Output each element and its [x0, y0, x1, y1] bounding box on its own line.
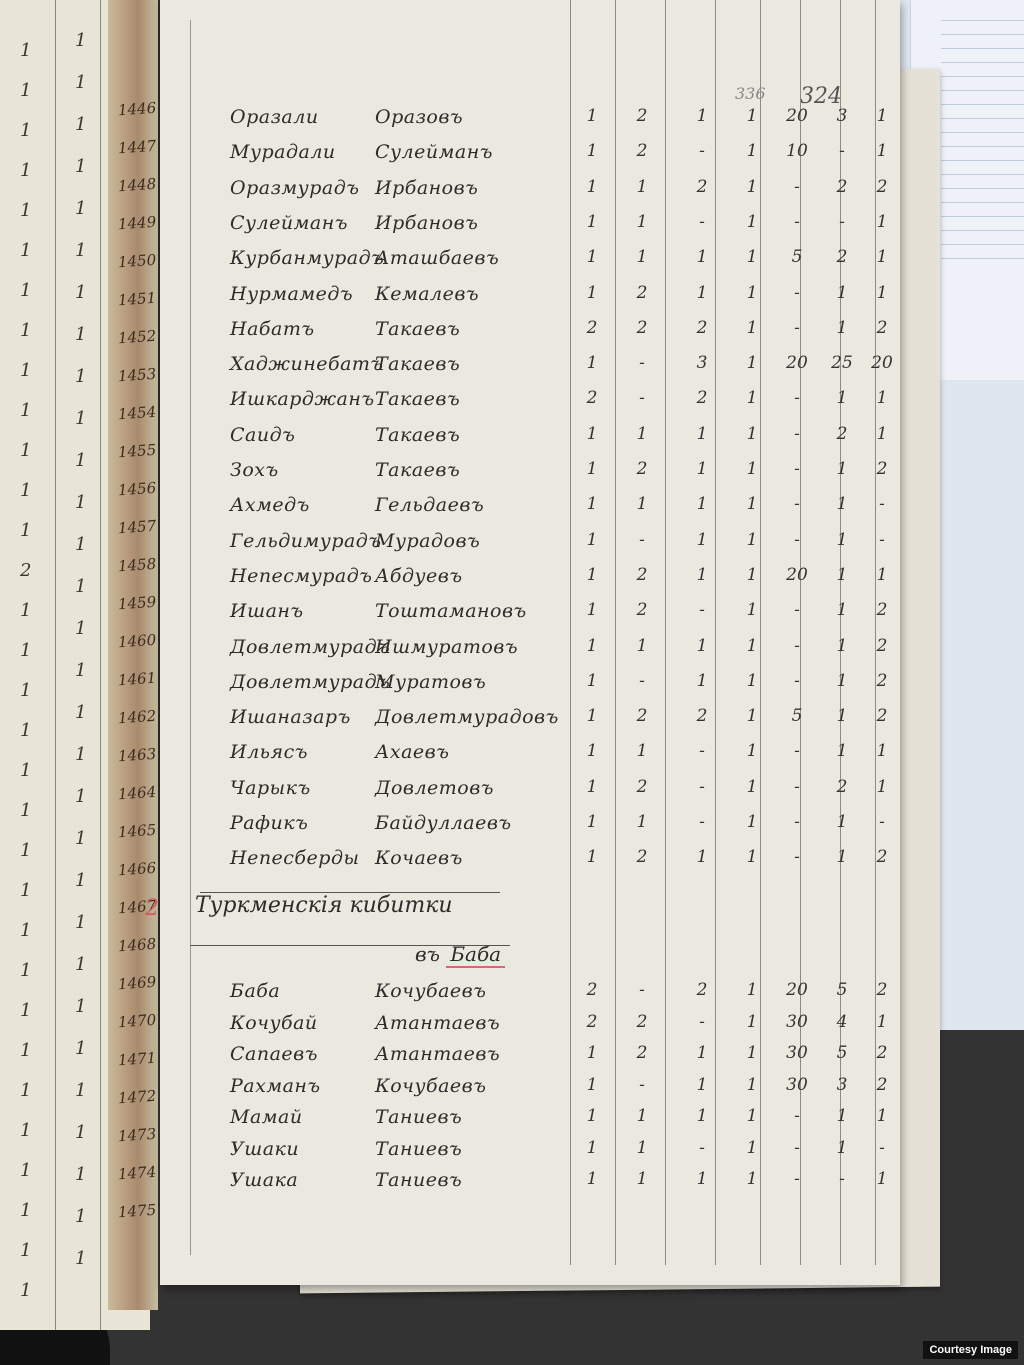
form-line — [941, 20, 1024, 21]
count-cell: - — [862, 812, 902, 832]
count-cell: 1 — [572, 177, 612, 197]
count-cell: 1 — [682, 1043, 722, 1063]
left-page-mark: 1 — [20, 1240, 31, 1261]
given-name: Ушака — [230, 1169, 298, 1191]
surname: Ирбановъ — [375, 212, 478, 234]
register-entry: АхмедъГельдаевъ1111-1- — [160, 494, 900, 527]
left-page-mark: 1 — [20, 520, 31, 541]
count-cell: 2 — [862, 847, 902, 867]
count-cell: - — [682, 600, 722, 620]
count-cell: 2 — [862, 980, 902, 1000]
count-cell: 1 — [682, 424, 722, 444]
count-cell: 20 — [777, 353, 817, 373]
count-cell: 1 — [822, 565, 862, 585]
form-line — [941, 174, 1024, 175]
surname: Кочаевъ — [375, 847, 463, 869]
count-cell: 1 — [572, 1138, 612, 1158]
count-cell: 1 — [862, 565, 902, 585]
given-name: Довлетмурадъ — [230, 636, 390, 658]
form-line — [941, 202, 1024, 203]
register-entry: ИшанъТоштамановъ12-1-12 — [160, 600, 900, 633]
register-entry: ИшаназаръДовлетмурадовъ1221512 — [160, 706, 900, 739]
count-cell: 1 — [822, 671, 862, 691]
left-page-mark: 1 — [75, 996, 86, 1017]
count-cell: 2 — [862, 636, 902, 656]
count-cell: 1 — [822, 812, 862, 832]
given-name: Курбанмурадъ — [230, 247, 384, 269]
count-cell: 1 — [732, 141, 772, 161]
count-cell: - — [822, 1169, 862, 1189]
count-cell: 30 — [777, 1043, 817, 1063]
surname: Сулейманъ — [375, 141, 493, 163]
count-cell: - — [777, 636, 817, 656]
count-cell: 1 — [822, 494, 862, 514]
count-cell: 1 — [732, 1138, 772, 1158]
form-line — [941, 48, 1024, 49]
count-cell: - — [777, 741, 817, 761]
count-cell: 1 — [862, 212, 902, 232]
count-cell: - — [682, 141, 722, 161]
count-cell: 1 — [682, 847, 722, 867]
binding-row-number: 1472 — [117, 1087, 156, 1108]
book-binding: 1446144714481449145014511452145314541455… — [108, 0, 158, 1310]
binding-row-number: 1455 — [117, 441, 156, 462]
count-cell: 1 — [732, 777, 772, 797]
surname: Атантаевъ — [375, 1012, 500, 1034]
count-cell: 2 — [682, 177, 722, 197]
count-cell: 2 — [622, 318, 662, 338]
count-cell: - — [862, 494, 902, 514]
surname: Такаевъ — [375, 353, 460, 375]
count-cell: 2 — [622, 1043, 662, 1063]
surname: Тоштамановъ — [375, 600, 527, 622]
register-page: 336 324 2 Туркменскія кибитки въ Баба Ор… — [160, 0, 900, 1285]
binding-row-number: 1463 — [117, 745, 156, 766]
count-cell: - — [777, 494, 817, 514]
left-page-mark: 1 — [75, 660, 86, 681]
count-cell: 1 — [572, 106, 612, 126]
count-cell: - — [777, 1169, 817, 1189]
left-page-mark: 1 — [75, 408, 86, 429]
count-cell: 2 — [572, 388, 612, 408]
count-cell: 2 — [862, 706, 902, 726]
count-cell: - — [777, 459, 817, 479]
count-cell: 1 — [572, 636, 612, 656]
surname: Такаевъ — [375, 459, 460, 481]
count-cell: 1 — [622, 1169, 662, 1189]
count-cell: 2 — [682, 980, 722, 1000]
left-page-mark: 1 — [75, 114, 86, 135]
count-cell: 1 — [572, 1169, 612, 1189]
register-entry: НепесмурадъАбдуевъ12112011 — [160, 565, 900, 598]
surname: Аташбаевъ — [375, 247, 499, 269]
binding-row-number: 1473 — [117, 1125, 156, 1146]
given-name: Ильясъ — [230, 741, 308, 763]
form-line — [941, 244, 1024, 245]
left-page-mark: 1 — [75, 702, 86, 723]
given-name: Саидъ — [230, 424, 295, 446]
binding-row-number: 1448 — [117, 175, 156, 196]
count-cell: 2 — [822, 777, 862, 797]
count-cell: 1 — [732, 565, 772, 585]
count-cell: 1 — [572, 459, 612, 479]
surname: Кочубаевъ — [375, 980, 486, 1002]
count-cell: 5 — [777, 247, 817, 267]
count-cell: 2 — [682, 706, 722, 726]
binding-row-number: 1449 — [117, 213, 156, 234]
count-cell: 2 — [862, 1043, 902, 1063]
count-cell: 2 — [622, 600, 662, 620]
surname: Такаевъ — [375, 318, 460, 340]
surname: Ахаевъ — [375, 741, 449, 763]
binding-row-number: 1456 — [117, 479, 156, 500]
left-page-mark: 1 — [75, 30, 86, 51]
left-page-mark: 1 — [75, 198, 86, 219]
count-cell: 1 — [572, 141, 612, 161]
count-cell: 1 — [732, 1169, 772, 1189]
count-cell: 1 — [822, 388, 862, 408]
count-cell: - — [777, 424, 817, 444]
surname: Ишмуратовъ — [375, 636, 518, 658]
count-cell: - — [777, 530, 817, 550]
count-cell: - — [777, 318, 817, 338]
left-page-mark: 1 — [75, 744, 86, 765]
count-cell: 2 — [862, 177, 902, 197]
surname: Оразовъ — [375, 106, 463, 128]
given-name: Чарыкъ — [230, 777, 311, 799]
count-cell: 1 — [732, 600, 772, 620]
count-cell: 1 — [732, 424, 772, 444]
section-subheading: въ Баба — [415, 942, 505, 966]
count-cell: 1 — [862, 1169, 902, 1189]
binding-row-number: 1462 — [117, 707, 156, 728]
count-cell: - — [862, 1138, 902, 1158]
count-cell: - — [777, 177, 817, 197]
left-page-mark: 1 — [20, 280, 31, 301]
count-cell: 1 — [682, 565, 722, 585]
count-cell: 1 — [732, 494, 772, 514]
count-cell: 1 — [732, 353, 772, 373]
count-cell: 20 — [862, 353, 902, 373]
count-cell: 1 — [682, 1075, 722, 1095]
count-cell: 2 — [622, 141, 662, 161]
count-cell: - — [682, 1012, 722, 1032]
left-page-mark: 1 — [75, 450, 86, 471]
form-line — [941, 258, 1024, 259]
register-entry: СапаевъАтантаевъ12113052 — [160, 1043, 900, 1076]
binding-row-number: 1451 — [117, 289, 156, 310]
count-cell: 1 — [572, 706, 612, 726]
surname: Атантаевъ — [375, 1043, 500, 1065]
binding-row-number: 1446 — [117, 99, 156, 120]
count-cell: 1 — [622, 424, 662, 444]
binding-row-number: 1471 — [117, 1049, 156, 1070]
count-cell: 3 — [822, 106, 862, 126]
form-line — [941, 188, 1024, 189]
register-entry: НепесбердыКочаевъ1211-12 — [160, 847, 900, 880]
register-entry: КочубайАтантаевъ22-13041 — [160, 1012, 900, 1045]
count-cell: 1 — [822, 636, 862, 656]
left-page-mark: 1 — [75, 492, 86, 513]
left-page-mark: 1 — [20, 440, 31, 461]
register-entry: ЗохъТакаевъ1211-12 — [160, 459, 900, 492]
count-cell: 1 — [822, 283, 862, 303]
count-cell: 1 — [572, 565, 612, 585]
count-cell: 1 — [622, 494, 662, 514]
binding-row-number: 1475 — [117, 1201, 156, 1222]
binding-row-number: 1469 — [117, 973, 156, 994]
left-page-mark: 1 — [75, 156, 86, 177]
given-name: Зохъ — [230, 459, 279, 481]
count-cell: 1 — [622, 1106, 662, 1126]
count-cell: 1 — [572, 283, 612, 303]
count-cell: 1 — [572, 353, 612, 373]
left-page-mark: 1 — [20, 1080, 31, 1101]
count-cell: 1 — [732, 741, 772, 761]
count-cell: 1 — [572, 1075, 612, 1095]
section-subheading-prefix: въ — [415, 942, 440, 966]
left-page-mark: 1 — [20, 160, 31, 181]
given-name: Ишкарджанъ — [230, 388, 375, 410]
count-cell: 1 — [572, 212, 612, 232]
count-cell: - — [777, 283, 817, 303]
count-cell: - — [777, 777, 817, 797]
count-cell: 2 — [572, 318, 612, 338]
given-name: Рафикъ — [230, 812, 308, 834]
count-cell: 1 — [732, 847, 772, 867]
count-cell: 2 — [822, 247, 862, 267]
count-cell: 1 — [732, 1043, 772, 1063]
register-entry: ОразмурадъИрбановъ1121-22 — [160, 177, 900, 210]
count-cell: 2 — [622, 283, 662, 303]
left-page-mark: 1 — [20, 1000, 31, 1021]
left-page-mark: 2 — [20, 560, 31, 581]
register-entry: РахманъКочубаевъ1-113032 — [160, 1075, 900, 1108]
count-cell: 2 — [622, 706, 662, 726]
binding-row-number: 1458 — [117, 555, 156, 576]
count-cell: 1 — [622, 1138, 662, 1158]
section-heading: Туркменскія кибитки — [195, 893, 453, 918]
count-cell: 1 — [682, 1169, 722, 1189]
count-cell: 1 — [732, 318, 772, 338]
surname: Кочубаевъ — [375, 1075, 486, 1097]
count-cell: 3 — [822, 1075, 862, 1095]
count-cell: 1 — [622, 212, 662, 232]
count-cell: 1 — [822, 847, 862, 867]
left-page-mark: 1 — [20, 960, 31, 981]
left-page-mark: 1 — [75, 534, 86, 555]
count-cell: 1 — [732, 212, 772, 232]
count-cell: 30 — [777, 1012, 817, 1032]
register-entry: ИльясъАхаевъ11-1-11 — [160, 741, 900, 774]
left-page-mark: 1 — [20, 640, 31, 661]
count-cell: 2 — [822, 424, 862, 444]
form-line — [941, 104, 1024, 105]
count-cell: - — [682, 777, 722, 797]
count-cell: 1 — [682, 494, 722, 514]
count-cell: 1 — [822, 600, 862, 620]
left-page-mark: 1 — [20, 920, 31, 941]
left-page-mark: 1 — [75, 1248, 86, 1269]
count-cell: 1 — [732, 1106, 772, 1126]
left-page-mark: 1 — [75, 324, 86, 345]
given-name: Сулейманъ — [230, 212, 348, 234]
left-page-mark: 1 — [20, 120, 31, 141]
count-cell: 2 — [682, 388, 722, 408]
left-page-mark: 1 — [75, 954, 86, 975]
binding-row-number: 1461 — [117, 669, 156, 690]
binding-row-number: 1468 — [117, 935, 156, 956]
count-cell: 4 — [822, 1012, 862, 1032]
register-entry: РафикъБайдуллаевъ11-1-1- — [160, 812, 900, 845]
left-page-mark: 1 — [75, 72, 86, 93]
count-cell: - — [682, 212, 722, 232]
surname: Такаевъ — [375, 388, 460, 410]
count-cell: - — [777, 388, 817, 408]
surname: Довлетовъ — [375, 777, 494, 799]
count-cell: - — [682, 741, 722, 761]
count-cell: 1 — [572, 777, 612, 797]
left-page-mark: 1 — [75, 1164, 86, 1185]
form-line — [941, 34, 1024, 35]
count-cell: 5 — [822, 980, 862, 1000]
count-cell: 1 — [822, 741, 862, 761]
given-name: Довлетмурадъ — [230, 671, 390, 693]
count-cell: 30 — [777, 1075, 817, 1095]
form-line — [941, 132, 1024, 133]
register-entry: СулейманъИрбановъ11-1--1 — [160, 212, 900, 245]
count-cell: - — [822, 212, 862, 232]
left-page-mark: 1 — [20, 360, 31, 381]
left-page-mark: 1 — [75, 1080, 86, 1101]
count-cell: 1 — [732, 671, 772, 691]
count-cell: 2 — [622, 777, 662, 797]
register-entry: УшакиТаниевъ11-1-1- — [160, 1138, 900, 1171]
surname: Абдуевъ — [375, 565, 463, 587]
section-subheading-place: Баба — [446, 942, 505, 968]
given-name: Баба — [230, 980, 280, 1002]
left-page-mark: 1 — [20, 1040, 31, 1061]
count-cell: 1 — [682, 283, 722, 303]
count-cell: 1 — [732, 106, 772, 126]
register-entry: ХаджинебатъТакаевъ1-31202520 — [160, 353, 900, 386]
binding-row-number: 1474 — [117, 1163, 156, 1184]
given-name: Ахмедъ — [230, 494, 310, 516]
count-cell: 1 — [822, 459, 862, 479]
left-page-mark: 1 — [75, 240, 86, 261]
count-cell: 1 — [732, 247, 772, 267]
count-cell: 1 — [822, 318, 862, 338]
count-cell: 5 — [822, 1043, 862, 1063]
count-cell: - — [622, 388, 662, 408]
register-entry: ДовлетмурадъМуратовъ1-11-12 — [160, 671, 900, 704]
binding-row-number: 1454 — [117, 403, 156, 424]
left-page-mark: 1 — [75, 870, 86, 891]
count-cell: 1 — [732, 459, 772, 479]
count-cell: 1 — [572, 530, 612, 550]
count-cell: 1 — [732, 706, 772, 726]
count-cell: 1 — [682, 106, 722, 126]
count-cell: 1 — [732, 177, 772, 197]
count-cell: 1 — [622, 636, 662, 656]
count-cell: 1 — [822, 1106, 862, 1126]
count-cell: - — [777, 847, 817, 867]
left-page-mark: 1 — [20, 240, 31, 261]
left-page-mark: 1 — [20, 80, 31, 101]
surname: Муратовъ — [375, 671, 486, 693]
surname: Таниевъ — [375, 1138, 462, 1160]
surname: Байдуллаевъ — [375, 812, 512, 834]
binding-row-number: 1447 — [117, 137, 156, 158]
register-entry: НабатъТакаевъ2221-12 — [160, 318, 900, 351]
count-cell: 1 — [732, 636, 772, 656]
form-line — [941, 62, 1024, 63]
count-cell: 1 — [732, 812, 772, 832]
count-cell: 1 — [572, 1043, 612, 1063]
register-entry: МамайТаниевъ1111-11 — [160, 1106, 900, 1139]
count-cell: 3 — [682, 353, 722, 373]
count-cell: 1 — [862, 424, 902, 444]
count-cell: - — [622, 530, 662, 550]
left-page-mark: 1 — [75, 618, 86, 639]
count-cell: - — [862, 530, 902, 550]
count-cell: - — [777, 1138, 817, 1158]
count-cell: 1 — [572, 600, 612, 620]
count-cell: 2 — [622, 106, 662, 126]
count-cell: 1 — [682, 1106, 722, 1126]
left-page-mark: 1 — [75, 366, 86, 387]
count-cell: 1 — [822, 706, 862, 726]
surname: Мурадовъ — [375, 530, 480, 552]
left-page-mark: 1 — [75, 828, 86, 849]
count-cell: - — [777, 212, 817, 232]
count-cell: - — [622, 1075, 662, 1095]
count-cell: 1 — [862, 741, 902, 761]
count-cell: 1 — [732, 1075, 772, 1095]
count-cell: 1 — [682, 636, 722, 656]
register-entry: ЧарыкъДовлетовъ12-1-21 — [160, 777, 900, 810]
count-cell: 1 — [572, 847, 612, 867]
count-cell: 2 — [862, 600, 902, 620]
given-name: Оразали — [230, 106, 319, 128]
register-entry: БабаКочубаевъ2-212052 — [160, 980, 900, 1013]
form-line — [941, 160, 1024, 161]
left-page-mark: 1 — [20, 480, 31, 501]
left-page-mark: 1 — [20, 1200, 31, 1221]
form-line — [941, 118, 1024, 119]
count-cell: - — [682, 812, 722, 832]
left-page-mark: 1 — [75, 786, 86, 807]
given-name: Непесмурадъ — [230, 565, 372, 587]
count-cell: - — [622, 671, 662, 691]
count-cell: 1 — [682, 247, 722, 267]
count-cell: 2 — [572, 1012, 612, 1032]
count-cell: 1 — [572, 494, 612, 514]
left-page-mark: 1 — [20, 400, 31, 421]
count-cell: - — [622, 353, 662, 373]
left-page-mark: 1 — [75, 912, 86, 933]
count-cell: - — [622, 980, 662, 1000]
binding-row-number: 1457 — [117, 517, 156, 538]
surname: Таниевъ — [375, 1169, 462, 1191]
count-cell: - — [777, 812, 817, 832]
count-cell: - — [777, 671, 817, 691]
given-name: Нурмамедъ — [230, 283, 353, 305]
count-cell: 1 — [732, 980, 772, 1000]
left-page-mark: 1 — [20, 1120, 31, 1141]
binding-row-number: 1460 — [117, 631, 156, 652]
count-cell: 1 — [622, 177, 662, 197]
